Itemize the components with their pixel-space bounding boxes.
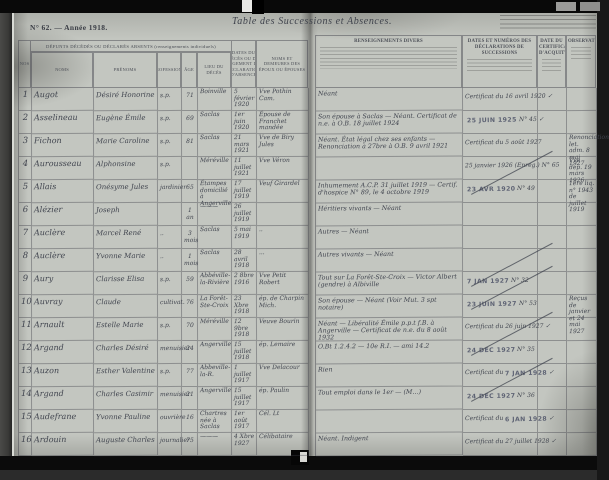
cell-epoux: ép. de Charpin Mich. <box>257 295 309 318</box>
cell-observations <box>567 203 597 226</box>
cell-row-number: 6 <box>19 203 32 226</box>
cell-age: 1 mois <box>182 249 198 272</box>
left-page-table: Nos DÉFUNTS DÉCÉDÉS OU DÉCLARÉS ABSENTS … <box>18 40 308 456</box>
cell-epoux: Épouse de Franchet mandée <box>257 111 309 134</box>
cell-certificat-date <box>538 272 567 295</box>
cell-nom: Argand <box>32 341 94 364</box>
cell-observations <box>567 318 597 341</box>
cell-profession: s.p. <box>158 111 182 134</box>
cell-observations <box>567 88 597 111</box>
cell-observations <box>567 341 597 364</box>
date-stamp: 23 JUIN 1927 <box>467 301 517 309</box>
cell-date-deces: 15 juillet 1917 <box>232 387 257 410</box>
cell-observations <box>567 433 597 456</box>
col-header-observations: OBSERVATIONS <box>566 35 596 88</box>
cell-date-deces: 11 juillet 1921 <box>232 157 257 180</box>
cell-epoux: Cél. Lt <box>257 410 309 433</box>
cell-certificat-date <box>538 364 567 387</box>
cell-renseignements <box>316 156 463 180</box>
cell-row-number: 2 <box>19 111 32 134</box>
fine-print-note <box>500 15 596 31</box>
cell-row-number: 4 <box>19 157 32 180</box>
cell-observations <box>567 249 597 272</box>
scanner-band-right <box>597 0 609 480</box>
cell-date-deces: 12 9bre 1918 <box>232 318 257 341</box>
col-group-defunts: DÉFUNTS DÉCÉDÉS OU DÉCLARÉS ABSENTS (ren… <box>31 40 231 88</box>
cell-nom: Aurousseau <box>32 157 94 180</box>
cell-declaration: 25 janvier 1926 (Enreg.) N° 65 <box>463 157 538 180</box>
top-notch-white <box>242 0 252 12</box>
cell-lieu: La Forêt-Ste-Croix <box>198 295 232 318</box>
cell-epoux: Vve Pothin Cam. <box>257 88 309 111</box>
cell-date-deces: 26 juillet 1919 <box>232 203 257 226</box>
cell-age: 65 <box>182 180 198 203</box>
cell-lieu: Saclas <box>198 134 232 157</box>
cell-nom: Allais <box>32 180 94 203</box>
date-stamp: 7 JAN 1927 <box>467 278 509 286</box>
cell-lieu: Angerville <box>198 341 232 364</box>
cell-profession: s.p. <box>158 272 182 295</box>
cell-observations <box>567 410 597 433</box>
cell-certificat-date <box>538 157 567 180</box>
cell-certificat-date <box>538 341 567 364</box>
cell-profession: s.p. <box>158 134 182 157</box>
cell-prenoms: Claude <box>94 295 158 318</box>
cell-lieu: Boinville <box>198 88 232 111</box>
cell-age: 71 <box>182 88 198 111</box>
date-stamp: 23 AVR 1920 <box>467 186 516 194</box>
declaration-handwritten: Certificat du <box>465 370 503 377</box>
cell-renseignements: Rien <box>316 363 463 387</box>
cell-declaration: 7 JAN 1927 N° 32 <box>463 272 538 295</box>
cell-nom: Ardouin <box>32 433 94 456</box>
col-header-dates-numeros: DATES ET NUMÉROS des déclarations de suc… <box>462 35 537 88</box>
cell-nom: Auclère <box>32 249 94 272</box>
cell-renseignements: Néant. Indigent <box>316 432 463 456</box>
cell-date-deces: 1er août 1917 <box>232 410 257 433</box>
cell-nom: Asselineau <box>32 111 94 134</box>
cell-nom: Alézier <box>32 203 94 226</box>
right-table-rows: Néant Certificat du 16 avril 1920 ✓ Son … <box>315 88 596 456</box>
cell-prenoms: Auguste Charles <box>94 433 158 456</box>
cell-epoux: ... <box>257 249 309 272</box>
cell-renseignements: Son épouse — Néant (Voir Mut. 3 spt nota… <box>316 294 463 318</box>
cell-prenoms: Onésyme Jules <box>94 180 158 203</box>
cell-age: 59 <box>182 272 198 295</box>
right-page-table: RENSEIGNEMENTS DIVERS DATES ET NUMÉROS d… <box>315 35 596 456</box>
cell-profession: .. <box>158 249 182 272</box>
cell-declaration: 24 DEC 1927 N° 36 <box>463 387 538 410</box>
declaration-number: N° 53 <box>519 301 537 308</box>
cell-prenoms: Marie Caroline <box>94 134 158 157</box>
cell-renseignements <box>316 409 463 433</box>
cell-certificat-date <box>538 387 567 410</box>
cell-epoux: Veuf Girardel <box>257 180 309 203</box>
dates-numeros-label: DATES ET NUMÉROS des déclarations de suc… <box>464 39 535 57</box>
cell-date-deces: 2 8bre 1916 <box>232 272 257 295</box>
col-header-date-deces: DATES du décès ou du jugement de déclara… <box>231 40 256 88</box>
cell-epoux: Vve de Biry Jules <box>257 134 309 157</box>
cell-observations: 1ère liq. n° 1943 de juillet 1919 <box>567 180 597 203</box>
cell-prenoms: Joseph <box>94 203 158 226</box>
cell-prenoms: Eugène Émile <box>94 111 158 134</box>
cell-declaration: 23 JUIN 1927 N° 53 <box>463 295 538 318</box>
cell-age: 76 <box>182 295 198 318</box>
cell-row-number: 16 <box>19 433 32 456</box>
cell-profession: ouvrière <box>158 410 182 433</box>
cell-prenoms: Esther Valentine <box>94 364 158 387</box>
cell-certificat-date <box>538 318 567 341</box>
cell-profession: journalier <box>158 433 182 456</box>
cell-profession: s.p. <box>158 318 182 341</box>
cell-age: 69 <box>182 111 198 134</box>
renseignements-label: RENSEIGNEMENTS DIVERS <box>317 39 460 45</box>
cell-lieu: Chartres née à Saclas <box>198 410 232 433</box>
cell-lieu: Étampes domicilié à Angerville <box>198 180 232 203</box>
cell-row-number: 12 <box>19 341 32 364</box>
cell-certificat-date <box>538 180 567 203</box>
cell-renseignements: Son épouse à Saclas — Néant. Certificat … <box>316 110 463 134</box>
col-header-prenoms: PRÉNOMS <box>93 52 157 88</box>
cell-profession: menuisier <box>158 387 182 410</box>
scanner-band-top <box>0 0 609 13</box>
cell-profession: s.p. <box>158 157 182 180</box>
cell-nom: Argand <box>32 387 94 410</box>
cell-declaration: Certificat du 5 août 1927 <box>463 134 538 157</box>
cell-declaration: 24 DEC 1927 N° 35 <box>463 341 538 364</box>
cell-renseignements: Néant. État légal chez ses enfants — Ren… <box>316 133 463 157</box>
cell-renseignements: O.Bt 1.2.4.2 — 10e R.I. — ami 14.2 <box>316 340 463 364</box>
cell-date-deces: 4 Xbre 1927 <box>232 433 257 456</box>
cell-prenoms: Estelle Marie <box>94 318 158 341</box>
cell-row-number: 15 <box>19 410 32 433</box>
cell-date-deces: 21 mars 1921 <box>232 134 257 157</box>
cell-row-number: 1 <box>19 88 32 111</box>
cell-profession: cultivat. <box>158 295 182 318</box>
cell-epoux <box>257 203 309 226</box>
declaration-handwritten: Certificat du <box>465 416 503 423</box>
declaration-number: N° 36 <box>517 393 535 400</box>
cell-lieu: Méréville <box>198 318 232 341</box>
cell-declaration: Certificat du 6 JAN 1928 ✓ <box>463 410 538 433</box>
cell-declaration: Certificat du 27 juillet 1928 ✓ <box>463 433 538 456</box>
cell-certificat-date <box>538 203 567 226</box>
cell-nom: Auvray <box>32 295 94 318</box>
col-header-age: ÂGE <box>181 52 197 88</box>
date-stamp: 24 DEC 1927 <box>467 393 516 401</box>
cell-observations <box>567 272 597 295</box>
cell-certificat-date <box>538 226 567 249</box>
date-stamp: 24 DEC 1927 <box>467 347 516 355</box>
cell-epoux: Célibataire <box>257 433 309 456</box>
cell-declaration <box>463 203 538 226</box>
cell-certificat-date <box>538 111 567 134</box>
cell-observations: Renonciation let. adm. 8 mai 1927 <box>567 134 597 157</box>
scanned-register-page: N° 62. — Année 1918. Table des Successio… <box>0 0 609 480</box>
cell-lieu: ——— <box>198 203 232 226</box>
cell-renseignements: Tout emploi dans le 1er — (M…) <box>316 386 463 410</box>
col-header-lieu: LIEU du décès <box>197 52 231 88</box>
cell-row-number: 9 <box>19 272 32 295</box>
cell-declaration: Certificat du 16 avril 1920 ✓ <box>463 88 538 111</box>
cell-prenoms: Clarisse Elisa <box>94 272 158 295</box>
cell-epoux: .. <box>257 226 309 249</box>
declaration-handwritten: Certificat du 5 août 1927 <box>465 140 542 147</box>
declaration-number: N° 35 <box>517 347 535 354</box>
cell-age: 21 <box>182 387 198 410</box>
col-header-certificat: DATE du certificat d'acquittement <box>537 35 566 88</box>
cell-epoux: Veuve Bourin <box>257 318 309 341</box>
cell-row-number: 5 <box>19 180 32 203</box>
cell-profession: jardinier <box>158 180 182 203</box>
cell-lieu: Saclas <box>198 226 232 249</box>
cell-age: 16 <box>182 410 198 433</box>
col-header-noms: NOMS <box>31 52 93 88</box>
cell-row-number: 10 <box>19 295 32 318</box>
cell-profession <box>158 203 182 226</box>
cell-age: 70 <box>182 318 198 341</box>
cell-date-deces: 28 avril 1918 <box>232 249 257 272</box>
cell-age: 24 <box>182 341 198 364</box>
cell-certificat-date <box>538 433 567 456</box>
cell-row-number: 3 <box>19 134 32 157</box>
cell-epoux: Vve Véron <box>257 157 309 180</box>
cell-declaration: Certificat du 26 juin 1927 ✓ <box>463 318 538 341</box>
observations-label: OBSERVATIONS <box>568 39 594 45</box>
cell-age <box>182 157 198 180</box>
certificat-label: DATE du certificat d'acquittement <box>539 39 564 57</box>
cell-observations: Reçus de janvier et 24 mai 1927 <box>567 295 597 318</box>
cell-row-number: 7 <box>19 226 32 249</box>
left-table-rows: 1 Augot Désiré Honorine s.p. 71 Boinvill… <box>18 88 308 456</box>
cell-lieu: Saclas <box>198 111 232 134</box>
cell-nom: Aury <box>32 272 94 295</box>
cell-row-number: 11 <box>19 318 32 341</box>
cell-observations <box>567 364 597 387</box>
cell-declaration: 23 AVR 1920 N° 49 <box>463 180 538 203</box>
cell-renseignements: Inhumement A.C.P. 31 juillet 1919 — Cert… <box>316 179 463 203</box>
cell-declaration <box>463 226 538 249</box>
cell-date-deces: 23 Xbre 1918 <box>232 295 257 318</box>
cell-row-number: 14 <box>19 387 32 410</box>
cell-prenoms: Yvonne Pauline <box>94 410 158 433</box>
cell-nom: Audefrane <box>32 410 94 433</box>
cell-certificat-date <box>538 295 567 318</box>
cell-prenoms: Marcel René <box>94 226 158 249</box>
cell-epoux: ép. Paulin <box>257 387 309 410</box>
cell-row-number: 8 <box>19 249 32 272</box>
cell-lieu: Méréville <box>198 157 232 180</box>
scanner-band-bottom-outer <box>0 470 609 480</box>
cell-renseignements: Néant — Libéralité Émile p.p.t f.B. à An… <box>316 317 463 341</box>
cell-observations <box>567 387 597 410</box>
cell-nom: Augot <box>32 88 94 111</box>
archive-mark-2 <box>580 2 600 11</box>
cell-epoux: Vve Delacour <box>257 364 309 387</box>
cell-age: 77 <box>182 364 198 387</box>
archive-mark-1 <box>556 2 576 11</box>
declaration-number: N° 49 <box>517 186 535 193</box>
cell-prenoms: Alphonsine <box>94 157 158 180</box>
cell-date-deces: 5 février 1920 <box>232 88 257 111</box>
cell-lieu: Angerville <box>198 387 232 410</box>
right-table-header: RENSEIGNEMENTS DIVERS DATES ET NUMÉROS d… <box>315 35 596 88</box>
cell-certificat-date <box>538 410 567 433</box>
cell-lieu: ——— <box>198 433 232 456</box>
cell-declaration <box>463 249 538 272</box>
top-notch-black <box>252 0 264 14</box>
document-number: N° 62. — Année 1918. <box>30 23 108 32</box>
cell-age: 81 <box>182 134 198 157</box>
printed-instructions-blur <box>320 47 457 69</box>
col-header-professions: PROFESSIONS <box>157 52 181 88</box>
col-header-numero: Nos <box>18 40 31 88</box>
page-title: Table des Successions et Absences. <box>232 16 412 27</box>
cell-prenoms: Charles Désiré <box>94 341 158 364</box>
printed-note-blur-3 <box>571 47 591 59</box>
cell-age: 1 an <box>182 203 198 226</box>
cell-date-deces: 17 juillet 1919 <box>232 180 257 203</box>
cell-date-deces: 15 juillet 1918 <box>232 341 257 364</box>
cell-age: 3 mois <box>182 226 198 249</box>
cell-profession: s.p. <box>158 88 182 111</box>
printed-note-blur-1 <box>467 59 532 71</box>
cell-date-deces: 1er juin 1920 <box>232 111 257 134</box>
cell-renseignements: Héritiers vivants — Néant <box>316 202 463 226</box>
cell-renseignements: Tout sur La Forêt-Ste-Croix — Victor Alb… <box>316 271 463 295</box>
declaration-number: N° 32 <box>511 278 529 285</box>
cell-profession: .. <box>158 226 182 249</box>
cell-date-deces: 1 juillet 1917 <box>232 364 257 387</box>
cell-prenoms: Charles Casimir <box>94 387 158 410</box>
cell-observations <box>567 226 597 249</box>
left-table-header: Nos DÉFUNTS DÉCÉDÉS OU DÉCLARÉS ABSENTS … <box>18 40 308 88</box>
cell-date-deces: 5 mai 1919 <box>232 226 257 249</box>
cell-nom: Arnault <box>32 318 94 341</box>
printed-note-blur-2 <box>542 59 561 71</box>
col-header-epoux: NOMS et demeures des époux ou épouses <box>256 40 308 88</box>
cell-declaration: 25 JUIN 1925 N° 45 ✓ <box>463 111 538 134</box>
col-header-renseignements: RENSEIGNEMENTS DIVERS <box>315 35 462 88</box>
cell-epoux: Vve Petit Robert <box>257 272 309 295</box>
cell-renseignements: Autres vivants — Néant <box>316 248 463 272</box>
cell-certificat-date <box>538 134 567 157</box>
cell-epoux: ép. Lemaire <box>257 341 309 364</box>
cell-certificat-date <box>538 88 567 111</box>
cell-row-number: 13 <box>19 364 32 387</box>
cell-lieu: Saclas <box>198 249 232 272</box>
cell-age: 75 <box>182 433 198 456</box>
cell-prenoms: Yvonne Marie <box>94 249 158 272</box>
cell-prenoms: Désiré Honorine <box>94 88 158 111</box>
cell-profession: menuisier <box>158 341 182 364</box>
cell-declaration: Certificat du 7 JAN 1928 ✓ <box>463 364 538 387</box>
cell-lieu: Abbéville-la-Rivière <box>198 272 232 295</box>
cell-nom: Auclère <box>32 226 94 249</box>
date-stamp: 25 JUIN 1925 <box>467 117 517 125</box>
cell-renseignements: Autres — Néant <box>316 225 463 249</box>
cell-observations: Vve dep. 19 mars 1926 <box>567 157 597 180</box>
group-header-label: DÉFUNTS DÉCÉDÉS OU DÉCLARÉS ABSENTS (ren… <box>31 41 231 52</box>
cell-observations <box>567 111 597 134</box>
cell-profession: s.p. <box>158 364 182 387</box>
cell-renseignements: Néant <box>316 87 463 111</box>
cell-nom: Auzon <box>32 364 94 387</box>
cell-certificat-date <box>538 249 567 272</box>
cell-nom: Fichon <box>32 134 94 157</box>
cell-lieu: Abbeville-la-R. <box>198 364 232 387</box>
